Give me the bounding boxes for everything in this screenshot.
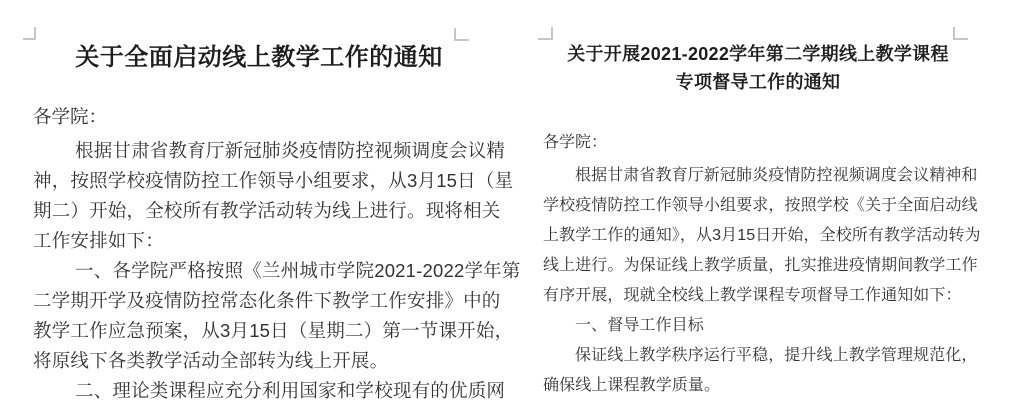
section-heading-line: 一、督导工作目标 (543, 311, 957, 341)
text-line: 期二）开始，全校所有教学活动转为线上进行。现将相关 (33, 196, 503, 226)
text-line: 学校疫情防控工作领导小组要求，按照学校《关于全面启动线 (543, 191, 957, 221)
text-line: 确保线上课程教学质量。 (543, 371, 957, 400)
text-line: 一、各学院严格按照《兰州城市学院2021-2022学年第 (33, 256, 503, 286)
page-right-salutation: 各学院： (543, 132, 607, 154)
text-line-clipped: 二、理论类课程应充分利用国家和学校现有的优质网 (33, 376, 503, 400)
document-view: 关于全面启动线上教学工作的通知 各学院： 根据甘肃省教育厅新冠肺炎疫情防控视频调… (0, 0, 1024, 400)
text-line: 将原线下各类教学活动全部转为线上开展。 (33, 346, 503, 376)
page-left-title: 关于全面启动线上教学工作的通知 (33, 42, 503, 74)
page-left-body: 根据甘肃省教育厅新冠肺炎疫情防控视频调度会议精 神，按照学校疫情防控工作领导小组… (33, 136, 503, 400)
page-right-title-line2: 专项督导工作的通知 (559, 68, 957, 96)
text-line: 教学工作应急预案，从3月15日（星期二）第一节课开始， (33, 316, 503, 346)
text-line: 根据甘肃省教育厅新冠肺炎疫情防控视频调度会议精神和 (543, 161, 957, 191)
page-left-salutation: 各学院： (33, 104, 107, 130)
text-line: 工作安排如下： (33, 226, 503, 256)
page-left: 关于全面启动线上教学工作的通知 各学院： 根据甘肃省教育厅新冠肺炎疫情防控视频调… (33, 0, 503, 400)
text-line: 线上进行。为保证线上教学质量，扎实推进疫情期间教学工作 (543, 251, 957, 281)
text-line: 二学期开学及疫情防控常态化条件下教学工作安排》中的 (33, 286, 503, 316)
page-right-title: 关于开展2021-2022学年第二学期线上教学课程 专项督导工作的通知 (543, 40, 957, 96)
text-line: 根据甘肃省教育厅新冠肺炎疫情防控视频调度会议精 (33, 136, 503, 166)
text-line: 有序开展，现就全校线上教学课程专项督导工作通知如下： (543, 281, 957, 311)
page-right-title-line1: 关于开展2021-2022学年第二学期线上教学课程 (559, 40, 957, 68)
text-line: 上教学工作的通知》，从3月15日开始，全校所有教学活动转为 (543, 221, 957, 251)
text-line: 保证线上教学秩序运行平稳，提升线上教学管理规范化， (543, 341, 957, 371)
text-line: 神，按照学校疫情防控工作领导小组要求，从3月15日（星 (33, 166, 503, 196)
page-right-body: 根据甘肃省教育厅新冠肺炎疫情防控视频调度会议精神和 学校疫情防控工作领导小组要求… (543, 161, 957, 400)
page-right: 关于开展2021-2022学年第二学期线上教学课程 专项督导工作的通知 各学院：… (543, 0, 957, 400)
